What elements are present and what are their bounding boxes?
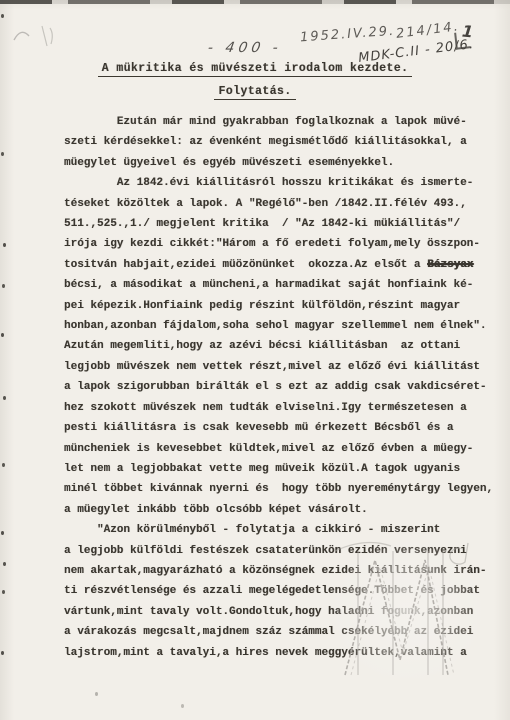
body-line: 511.,525.,1./ megjelent kritika / "Az 18… <box>64 214 500 234</box>
pencil-smudge-marks <box>8 16 68 56</box>
body-line: a müegylet inkább több olcsóbb képet vás… <box>64 500 500 520</box>
document-title: A mükritika és müvészeti irodalom kezdet… <box>98 62 413 77</box>
document-subtitle: Folytatás. <box>214 85 295 100</box>
body-line: honban,azonban fájdalom,soha sehol magya… <box>64 316 500 336</box>
body-line: let nem a legjobbakat vette meg müveik k… <box>64 459 500 479</box>
body-line: Azután megemliti,hogy az azévi bécsi kiá… <box>64 336 500 356</box>
body-line: bécsi, a másodikat a müncheni,a harmadik… <box>64 275 500 295</box>
body-line: pei képezik.Honfiaink pedig részint külf… <box>64 296 500 316</box>
body-line: Ezután már mind gyakrabban foglalkoznak … <box>64 112 500 132</box>
body-line: tositván habjait,ezidei müözönünket okoz… <box>64 255 500 275</box>
scan-top-edge-artifact <box>0 0 510 4</box>
struck-word: Bázsyax <box>427 259 473 271</box>
body-line: minél többet kivánnak nyerni és hogy töb… <box>64 479 500 499</box>
body-line: szeti kérdésekkel: az évenként megismétl… <box>64 132 500 152</box>
body-line: müncheniek is kevesebbet küldtek,mivel a… <box>64 439 500 459</box>
body-line: legjobb müvészek nem vettek részt,mivel … <box>64 357 500 377</box>
body-line: pesti kiállitásra is csak kevesebb mü ér… <box>64 418 500 438</box>
body-line: irója igy kezdi cikkét:"Három a fő erede… <box>64 234 500 254</box>
handwritten-date-note: 1952.IV.29. <box>300 24 396 46</box>
scan-specks <box>1 14 4 18</box>
body-line: Az 1842.évi kiállitásról hosszu kritikák… <box>64 173 500 193</box>
body-line: téseket közöltek a lapok. A "Regélő"-ben… <box>64 194 500 214</box>
body-line: müegylet ügyeivel és egyéb müvészeti ese… <box>64 153 500 173</box>
body-line: hez szokott müvészek nem tudták elviseln… <box>64 398 500 418</box>
archive-watermark <box>330 535 495 695</box>
body-line: a lapok szigorubban birálták el s ezt az… <box>64 377 500 397</box>
subtitle-row: Folytatás. <box>0 81 510 100</box>
handwritten-ref-number: 214/14. <box>395 19 460 42</box>
handwritten-page-number: - 400 - <box>207 40 284 56</box>
handwritten-corner-number: 1 <box>461 21 474 41</box>
scanned-document-page: 1952.IV.29. 214/14. MDK-C.II - 20/6. 1 -… <box>0 0 510 720</box>
title-row: A mükritika és müvészeti irodalom kezdet… <box>0 58 510 77</box>
